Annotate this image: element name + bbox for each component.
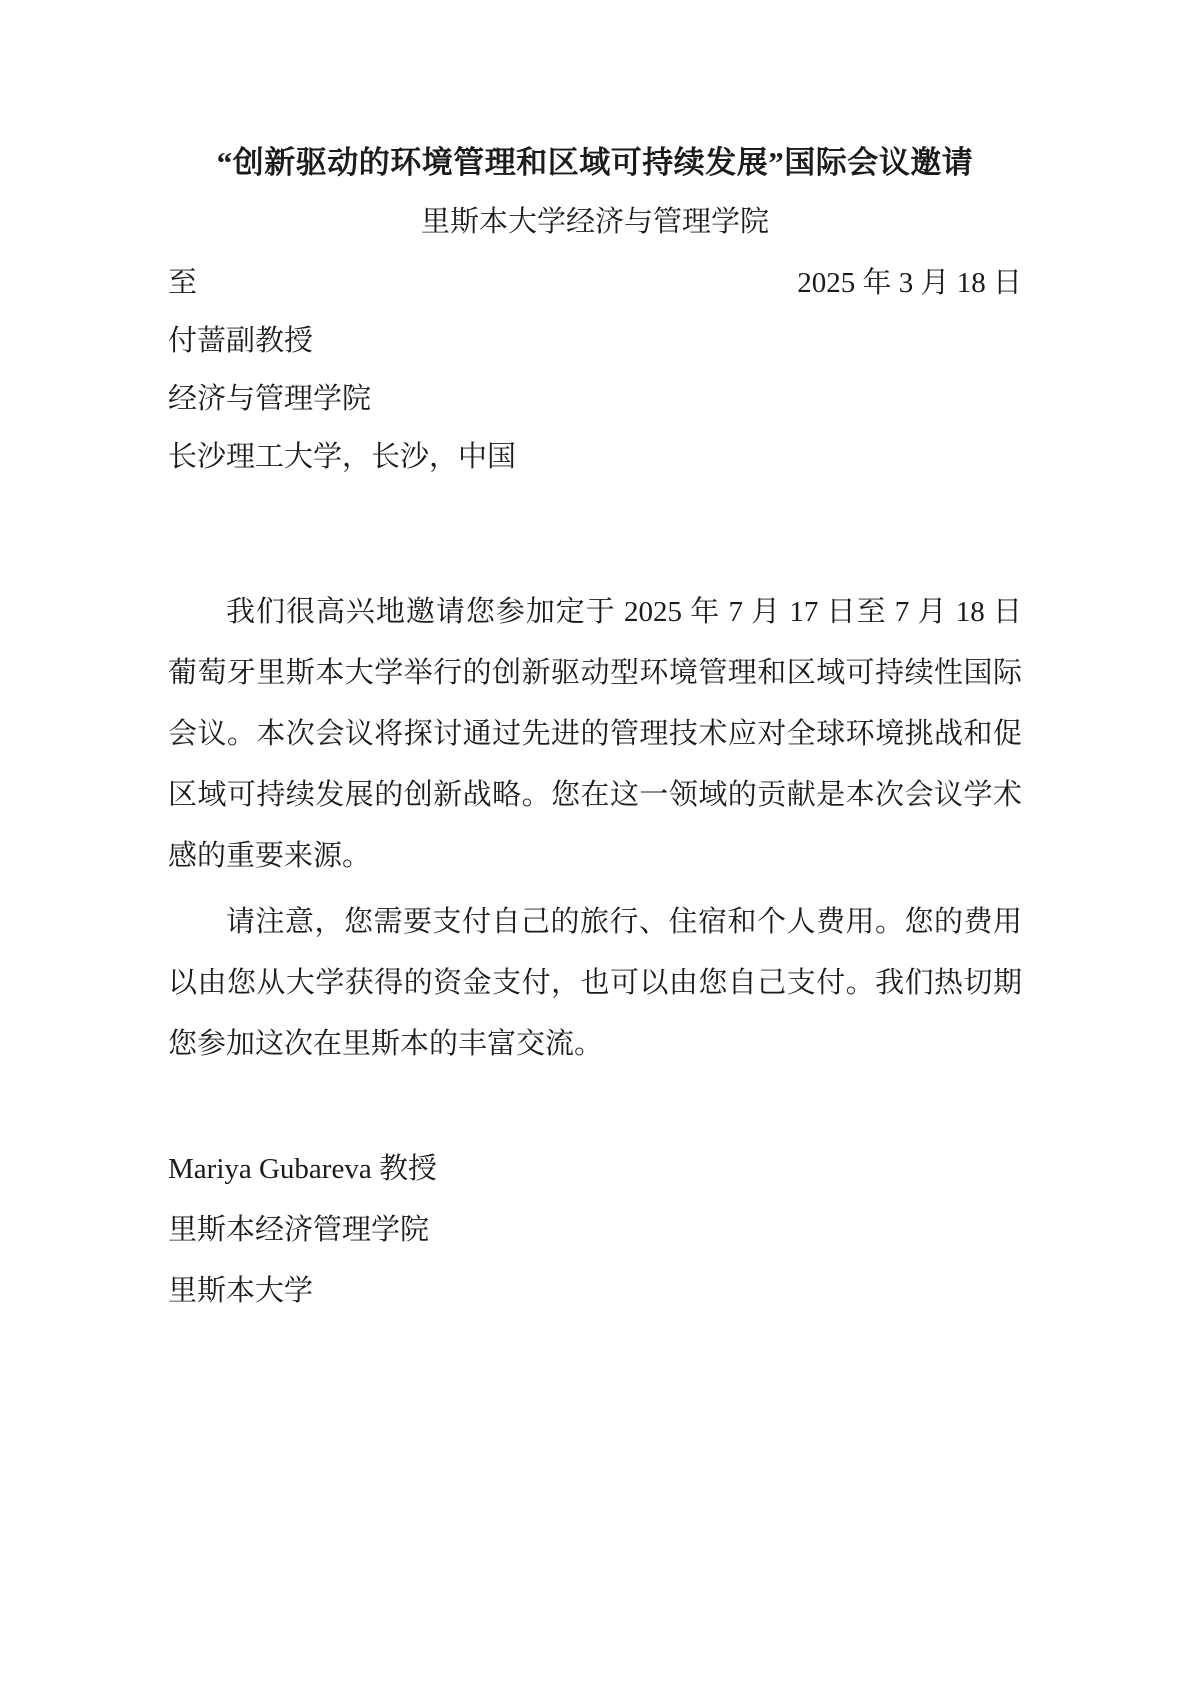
letter-header: 至 2025 年 3 月 18 日 付蔷副教授 经济与管理学院 长沙理工大学，长… — [168, 254, 1022, 486]
body-line: 区域可持续发展的创新战略。您在这一领域的贡献是本次会议学术灵 — [168, 765, 1022, 826]
letter-content: “创新驱动的环境管理和区域可持续发展”国际会议邀请 里斯本大学经济与管理学院 至… — [168, 144, 1022, 1322]
letter-body: 我们很高兴地邀请您参加定于 2025 年 7 月 17 日至 7 月 18 日在… — [168, 582, 1022, 1075]
recipient-address: 长沙理工大学，长沙，中国 — [168, 428, 1022, 486]
salutation-to: 至 — [168, 254, 197, 312]
body-line: 我们很高兴地邀请您参加定于 2025 年 7 月 17 日至 7 月 18 日在 — [168, 582, 1022, 643]
body-line: 请注意，您需要支付自己的旅行、住宿和个人费用。您的费用可 — [168, 892, 1022, 953]
letter-date: 2025 年 3 月 18 日 — [797, 254, 1022, 312]
body-line: 会议。本次会议将探讨通过先进的管理技术应对全球环境挑战和促进 — [168, 704, 1022, 765]
body-line: 以由您从大学获得的资金支付，也可以由您自己支付。我们热切期待 — [168, 953, 1022, 1014]
recipient-name: 付蔷副教授 — [168, 312, 1022, 370]
body-line: 感的重要来源。 — [168, 826, 1022, 887]
recipient-department: 经济与管理学院 — [168, 370, 1022, 428]
paragraph: 我们很高兴地邀请您参加定于 2025 年 7 月 17 日至 7 月 18 日在… — [168, 582, 1022, 887]
document-page: “创新驱动的环境管理和区域可持续发展”国际会议邀请 里斯本大学经济与管理学院 至… — [0, 0, 1190, 1683]
signature-block: Mariya Gubareva 教授 里斯本经济管理学院 里斯本大学 — [168, 1139, 1022, 1322]
body-line: 您参加这次在里斯本的丰富交流。 — [168, 1014, 1022, 1075]
paragraph: 请注意，您需要支付自己的旅行、住宿和个人费用。您的费用可 以由您从大学获得的资金… — [168, 892, 1022, 1075]
signature-name: Mariya Gubareva 教授 — [168, 1139, 1022, 1200]
body-line: 葡萄牙里斯本大学举行的创新驱动型环境管理和区域可持续性国际 — [168, 643, 1022, 704]
signature-school: 里斯本经济管理学院 — [168, 1200, 1022, 1261]
date-row: 至 2025 年 3 月 18 日 — [168, 254, 1022, 312]
letter-title: “创新驱动的环境管理和区域可持续发展”国际会议邀请 — [168, 144, 1022, 182]
signature-university: 里斯本大学 — [168, 1261, 1022, 1322]
letter-subtitle: 里斯本大学经济与管理学院 — [168, 203, 1022, 241]
